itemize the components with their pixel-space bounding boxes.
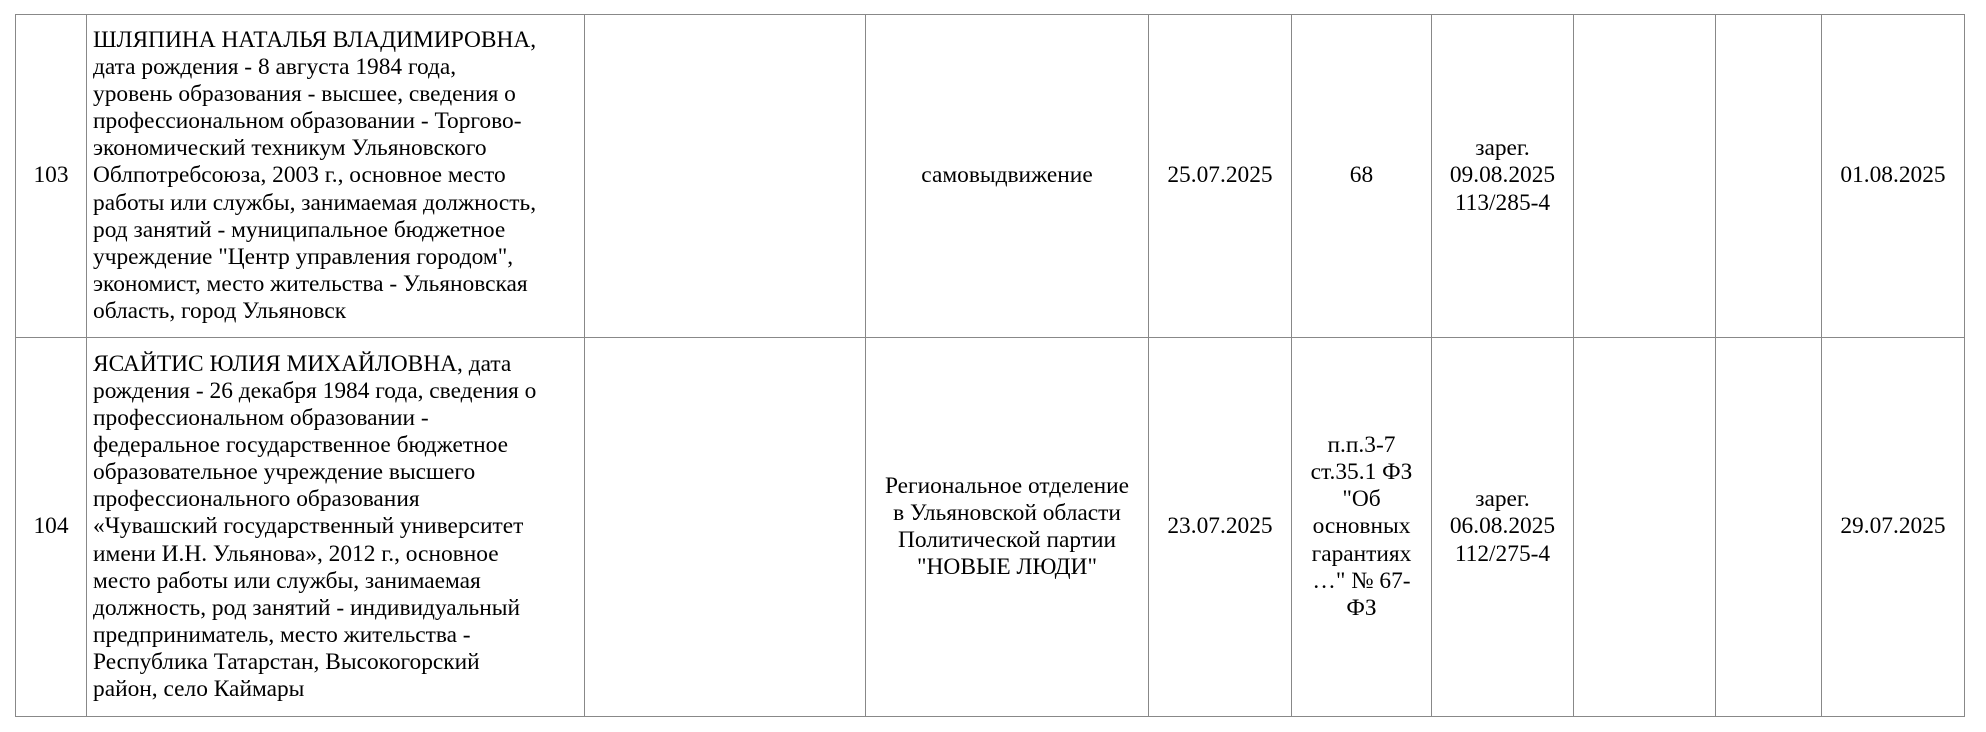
table-row: 104 ЯСАЙТИС ЮЛИЯ МИХАЙЛОВНА, дата рожден… <box>16 338 1965 717</box>
empty-cell <box>1716 338 1822 717</box>
registration-cell: зарег. 09.08.2025 113/285-4 <box>1432 15 1574 338</box>
submission-date-cell: 23.07.2025 <box>1149 338 1292 717</box>
nominated-by-cell: Региональное отделение в Ульяновской обл… <box>866 338 1149 717</box>
candidate-info-cell: ШЛЯПИНА НАТАЛЬЯ ВЛАДИМИРОВНА, дата рожде… <box>87 15 585 338</box>
last-date-cell: 29.07.2025 <box>1822 338 1965 717</box>
signatures-or-reason-cell: 68 <box>1292 15 1432 338</box>
empty-cell <box>1574 338 1716 717</box>
registration-cell: зарег. 06.08.2025 112/275-4 <box>1432 338 1574 717</box>
submission-date-cell: 25.07.2025 <box>1149 15 1292 338</box>
candidates-table: 103 ШЛЯПИНА НАТАЛЬЯ ВЛАДИМИРОВНА, дата р… <box>15 14 1965 717</box>
nominated-by-cell: самовыдвижение <box>866 15 1149 338</box>
last-date-cell: 01.08.2025 <box>1822 15 1965 338</box>
table-row: 103 ШЛЯПИНА НАТАЛЬЯ ВЛАДИМИРОВНА, дата р… <box>16 15 1965 338</box>
row-number-cell: 104 <box>16 338 87 717</box>
empty-cell <box>585 338 866 717</box>
empty-cell <box>1574 15 1716 338</box>
empty-cell <box>1716 15 1822 338</box>
signatures-or-reason-cell: п.п.3-7 ст.35.1 ФЗ "Об основных гарантия… <box>1292 338 1432 717</box>
empty-cell <box>585 15 866 338</box>
row-number-cell: 103 <box>16 15 87 338</box>
candidate-info-cell: ЯСАЙТИС ЮЛИЯ МИХАЙЛОВНА, дата рождения -… <box>87 338 585 717</box>
